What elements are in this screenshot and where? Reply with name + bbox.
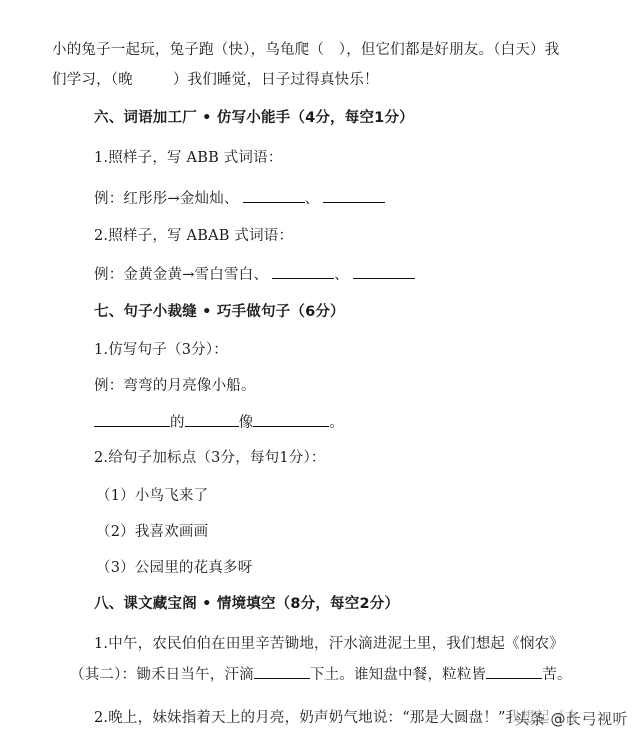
section-6-q1-example-text: 例：红彤彤→金灿灿、 <box>94 191 239 207</box>
answer-blank[interactable] <box>323 188 385 203</box>
answer-blank[interactable] <box>243 188 305 203</box>
template-end: 。 <box>329 415 344 431</box>
intro-line-2: 们学习，（晚）我们睡觉，日子过得真快乐！ <box>52 70 379 90</box>
section-8-title: 八、课文藏宝阁 • 情境填空（8分，每空2分） <box>94 594 399 614</box>
section-8-q1-line-2: （其二）：锄禾日当午，汗滴下土。谁知盘中餐，粒粒皆苦。 <box>70 664 572 685</box>
answer-blank[interactable] <box>353 264 415 279</box>
q1-line-2-end: 苦。 <box>542 667 571 683</box>
section-8-q1-line-1: 1.中午，农民伯伯在田里辛苦锄地，汗水滴进泥土里，我们想起《悯农》 <box>94 634 564 654</box>
q1-line-2-middle: 下土。谁知盘中餐，粒粒皆 <box>310 667 486 683</box>
answer-blank[interactable] <box>486 664 542 679</box>
section-6-title: 六、词语加工厂 • 仿写小能手（4分，每空1分） <box>94 108 414 128</box>
intro-line-2-end: ）我们睡觉，日子过得真快乐！ <box>173 72 379 88</box>
answer-blank[interactable] <box>253 412 329 427</box>
answer-blank[interactable] <box>254 664 310 679</box>
template-xiang: 像 <box>239 415 254 431</box>
template-de: 的 <box>170 415 185 431</box>
section-7-q1-example: 例：弯弯的月亮像小船。 <box>94 376 256 396</box>
q1-line-2-start: （其二）：锄禾日当午，汗滴 <box>70 667 254 683</box>
section-7-q2: 2.给句子加标点（3分，每句1分）： <box>94 448 326 468</box>
intro-line-2-start: 们学习，（晚 <box>52 72 133 88</box>
answer-blank[interactable] <box>272 264 334 279</box>
section-7-q1-template: 的像。 <box>94 412 344 433</box>
section-8-q2-line-1: 2.晚上，妹妹指着天上的月亮，奶声奶气地说：“那是大圆盘！”我想起《古 <box>94 708 579 728</box>
intro-line-1: 小的兔子一起玩，兔子跑（快），乌龟爬（ ），但它们都是好朋友。（白天）我 <box>52 40 559 60</box>
section-7-title: 七、句子小裁缝 • 巧手做句子（6分） <box>94 302 345 322</box>
separator: 、 <box>334 267 349 283</box>
section-7-item-1: （1）小鸟飞来了 <box>96 486 208 506</box>
watermark: 头条 @长弓视听 <box>512 708 630 729</box>
section-6-q2: 2.照样子，写 ABAB 式词语： <box>94 226 293 246</box>
section-6-q1-example: 例：红彤彤→金灿灿、、 <box>94 188 385 209</box>
answer-blank[interactable] <box>185 412 239 427</box>
answer-blank[interactable] <box>94 412 170 427</box>
section-7-item-3: （3）公园里的花真多呀 <box>96 558 252 578</box>
section-7-item-2: （2）我喜欢画画 <box>96 522 208 542</box>
section-6-q2-example: 例：金黄金黄→雪白雪白、、 <box>94 264 415 285</box>
section-6-q1: 1.照样子，写 ABB 式词语： <box>94 148 283 168</box>
section-6-q2-example-text: 例：金黄金黄→雪白雪白、 <box>94 267 268 283</box>
separator: 、 <box>305 191 320 207</box>
section-7-q1: 1.仿写句子（3分）： <box>94 340 228 360</box>
